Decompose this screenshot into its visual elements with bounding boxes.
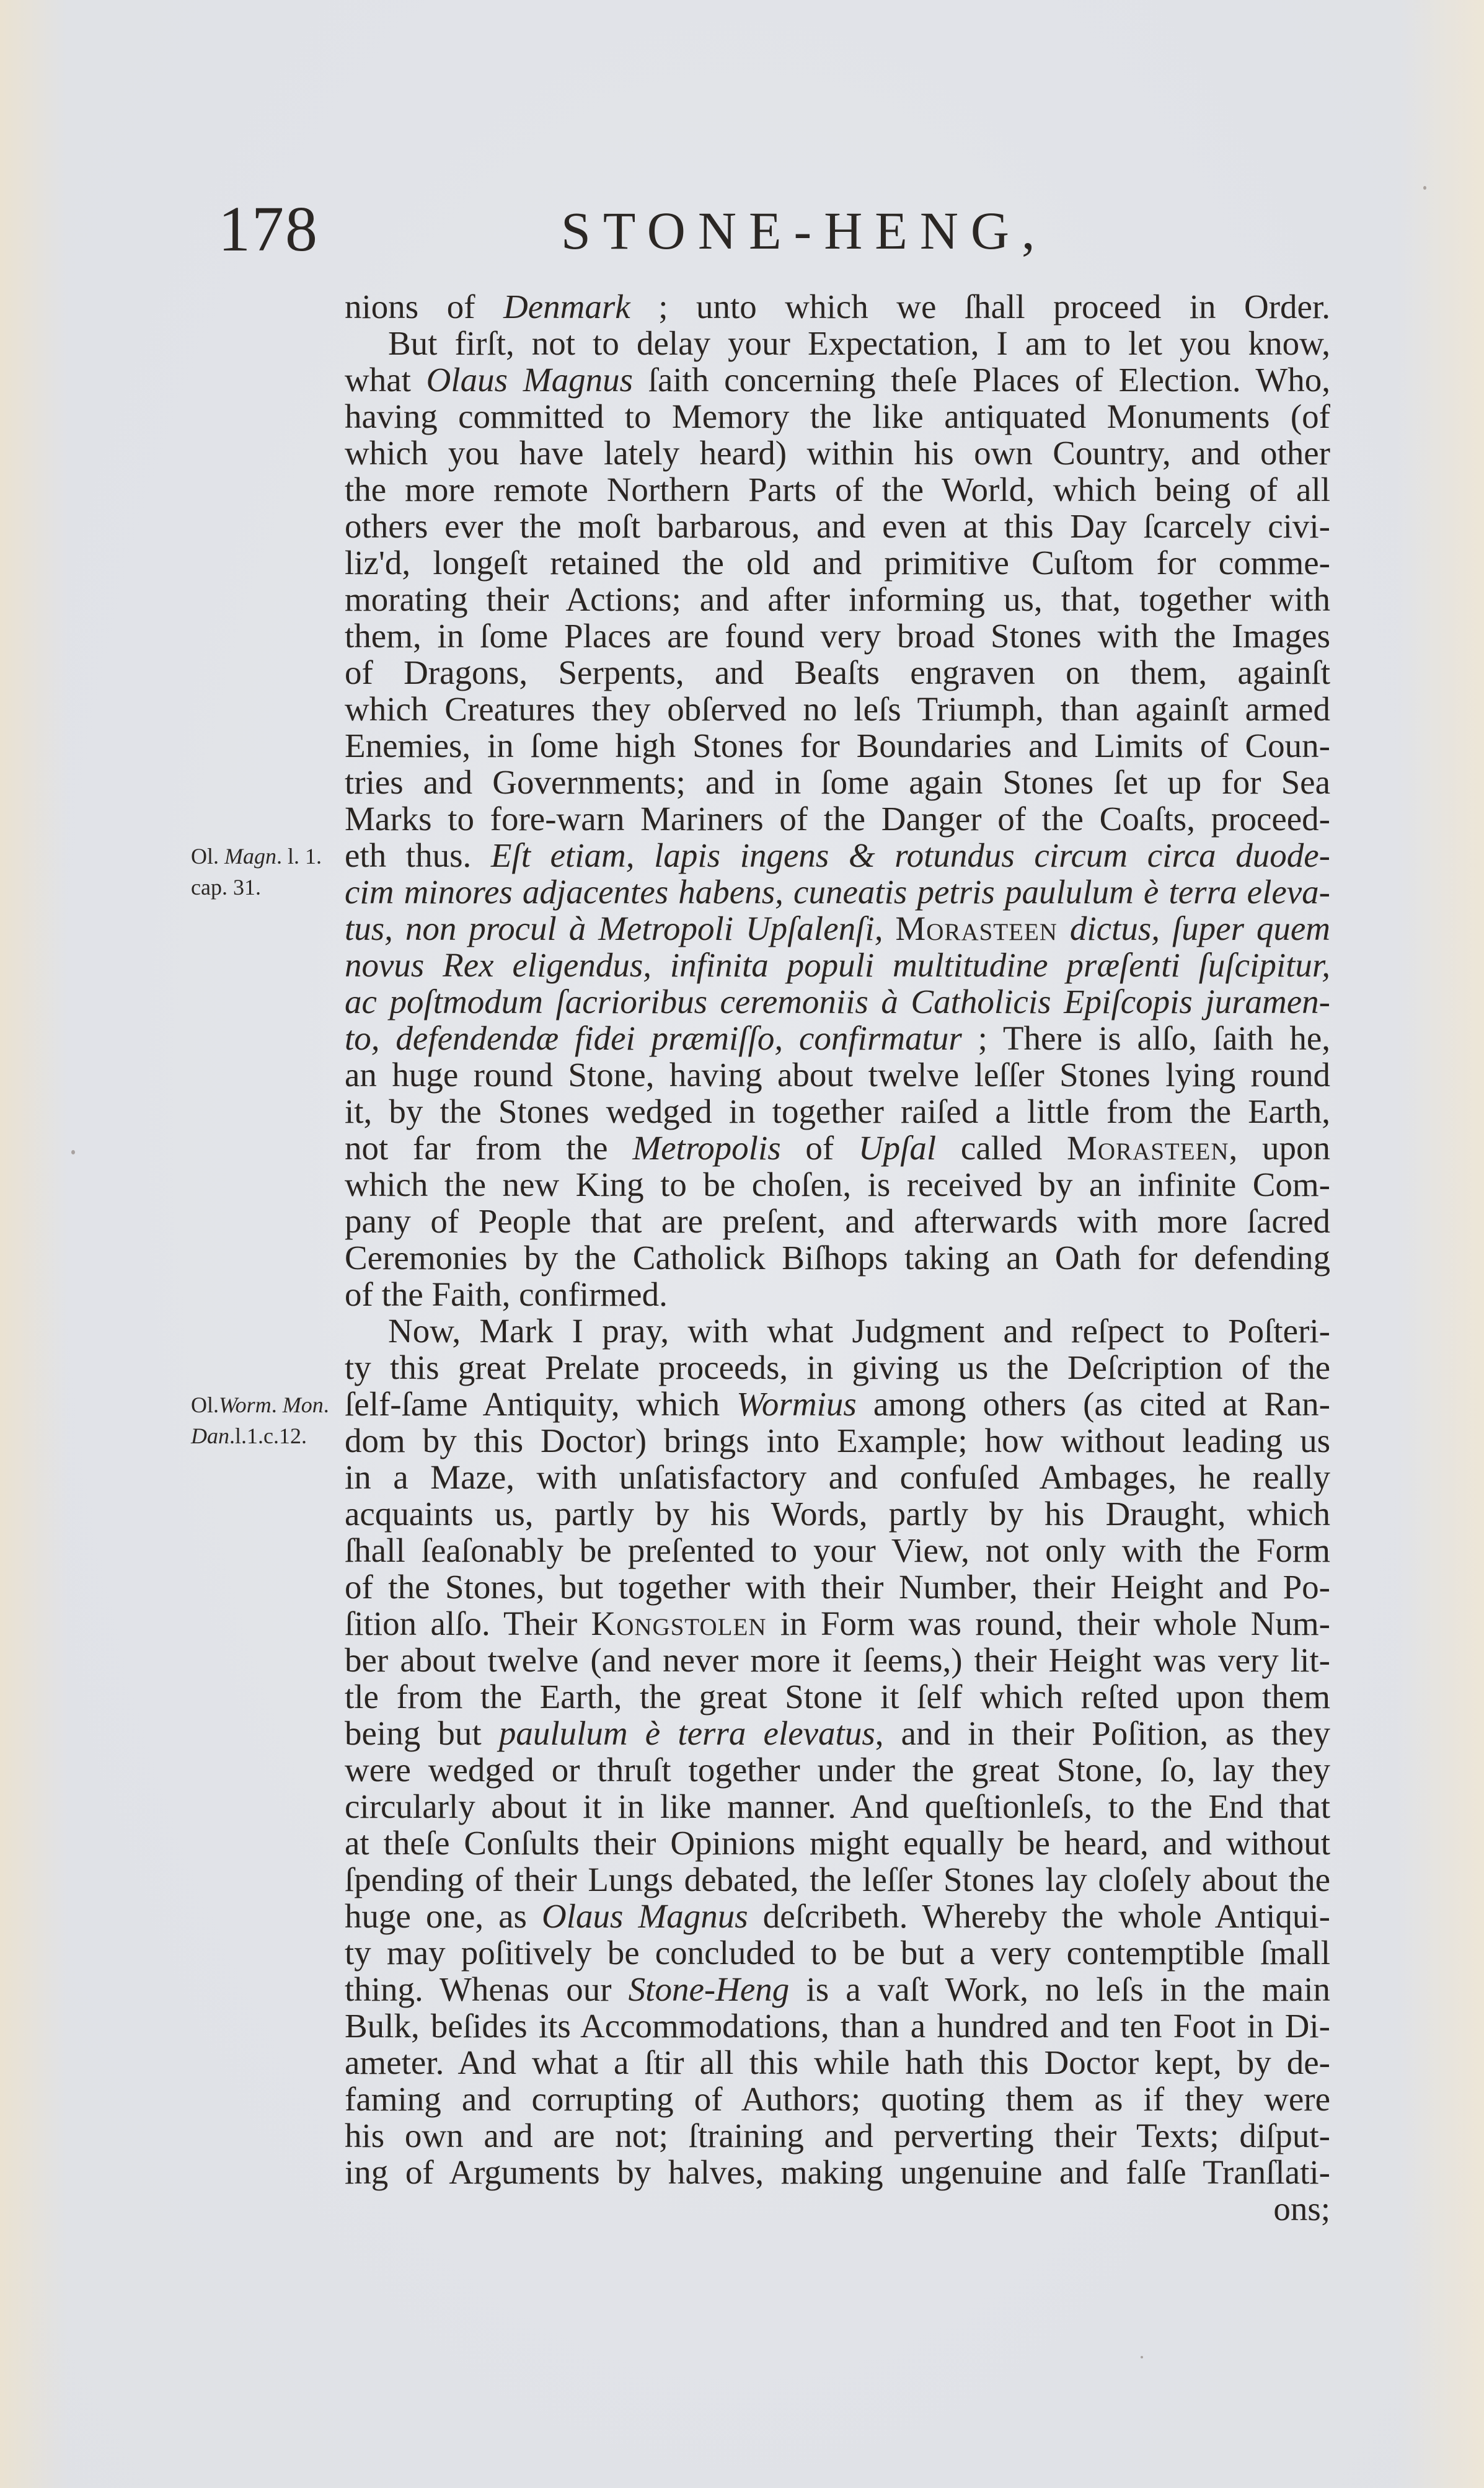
text-run: tle from the Earth, the great Stone it ſ… — [345, 1678, 1330, 1715]
text-run: the more remote Northern Parts of the Wo… — [345, 471, 1330, 508]
text-line: huge one, as Olaus Magnus deſcribeth. Wh… — [345, 1898, 1330, 1934]
italic-run: Wormius — [736, 1385, 857, 1423]
text-run: ty may poſitively be concluded to be but… — [345, 1934, 1330, 1972]
running-head-title: STONE-HENG, — [561, 200, 1113, 262]
text-line: of Dragons, Serpents, and Beaſts engrave… — [345, 654, 1330, 691]
text-run: an huge round Stone, having about twelve… — [345, 1056, 1330, 1094]
text-line: ty may poſitively be concluded to be but… — [345, 1934, 1330, 1971]
citation-run: Mon — [283, 1392, 324, 1417]
citation-run: Worm — [219, 1392, 272, 1417]
text-run: Ceremonies by the Catholick Biſhops taki… — [345, 1239, 1330, 1277]
text-run: ing of Arguments by halves, making ungen… — [345, 2153, 1330, 2191]
text-line: of the Stones, but together with their N… — [345, 1569, 1330, 1605]
text-line: ber about twelve (and never more it ſeem… — [345, 1642, 1330, 1678]
citation-run: Ol. — [191, 1392, 219, 1417]
text-run: Now, Mark I pray, with what Judgment and… — [388, 1312, 1330, 1350]
citation-run: cap. 31. — [191, 875, 261, 900]
text-run: ty this great Prelate proceeds, in givin… — [345, 1348, 1330, 1386]
citation-run: Magn — [224, 844, 276, 869]
text-line: Bulk, beſides its Accommodations, than a… — [345, 2008, 1330, 2044]
text-run: Bulk, beſides its Accommodations, than a… — [345, 2007, 1330, 2045]
text-line: tries and Governments; and in ſome again… — [345, 764, 1330, 800]
citation-run: Dan — [191, 1423, 229, 1448]
text-run: morating their Actions; and after inform… — [345, 580, 1330, 618]
text-run: nions of — [345, 288, 503, 325]
text-line: them, in ſome Places are found very broa… — [345, 618, 1330, 654]
text-run: were wedged or thruſt together under the… — [345, 1751, 1330, 1789]
text-line: were wedged or thruſt together under the… — [345, 1751, 1330, 1788]
text-line: Enemies, in ſome high Stones for Boundar… — [345, 727, 1330, 764]
text-line: cim minores adjacentes habens, cuneatis … — [345, 874, 1330, 910]
text-line: eth thus. Eſt etiam, lapis ingens & rotu… — [345, 837, 1330, 874]
text-line: thing. Whenas our Stone-Heng is a vaſt W… — [345, 1971, 1330, 2008]
text-line: Marks to fore-warn Mariners of the Dange… — [345, 800, 1330, 837]
italic-run: Upſal — [859, 1129, 936, 1167]
italic-run: cim minores adjacentes habens, cuneatis … — [345, 873, 1330, 911]
text-run: liz'd, longeſt retained the old and prim… — [345, 544, 1330, 582]
text-run: acquaints us, partly by his Words, partl… — [345, 1495, 1330, 1533]
page-number: 178 — [218, 197, 319, 262]
text-run: Marks to fore-warn Mariners of the Dange… — [345, 800, 1330, 838]
margin-citation-line: Dan.l.1.c.12. — [191, 1420, 340, 1451]
paper-speck — [71, 1150, 75, 1154]
italic-run: Denmark — [503, 288, 630, 325]
text-run: pany of People that are preſent, and aft… — [345, 1202, 1330, 1240]
text-run: ; There is alſo, ſaith he, — [962, 1019, 1330, 1057]
text-line: tus, non procul à Metropoli Upſalenſi, M… — [345, 910, 1330, 947]
text-run — [883, 910, 895, 947]
citation-run: . — [324, 1392, 329, 1417]
text-run: ons; — [1273, 2190, 1330, 2228]
text-line: novus Rex eligendus, infinita populi mul… — [345, 947, 1330, 983]
italic-run: paululum è terra elevatus — [499, 1714, 875, 1752]
text-line: ons; — [345, 2190, 1330, 2227]
text-run — [1058, 910, 1070, 947]
text-line: his own and are not; ſtraining and perve… — [345, 2117, 1330, 2154]
italic-run: novus Rex eligendus, infinita populi mul… — [345, 946, 1330, 984]
text-run: his own and are not; ſtraining and perve… — [345, 2117, 1330, 2154]
citation-run: Ol. — [191, 844, 224, 869]
text-line: which Creatures they obſerved no leſs Tr… — [345, 691, 1330, 727]
margin-citation: Ol.Worm. Mon.Dan.l.1.c.12. — [191, 1389, 340, 1451]
text-run: But firſt, not to delay your Expectation… — [388, 324, 1330, 362]
text-line: ſpending of their Lungs debated, the leſ… — [345, 1861, 1330, 1898]
text-run: ameter. And what a ſtir all this while h… — [345, 2043, 1330, 2081]
text-line: nions of Denmark ; unto which we ſhall p… — [345, 288, 1330, 325]
text-line: ſition alſo. Their Kongstolen in Form wa… — [345, 1605, 1330, 1642]
text-run: it, by the Stones wedged in together rai… — [345, 1092, 1330, 1130]
text-line: having committed to Memory the like anti… — [345, 398, 1330, 435]
text-run: which Creatures they obſerved no leſs Tr… — [345, 690, 1330, 728]
text-run: eth thus. — [345, 836, 491, 874]
text-line: But firſt, not to delay your Expectation… — [345, 325, 1330, 361]
margin-citation-line: Ol. Magn. l. 1. — [191, 841, 340, 872]
text-run: , upon — [1229, 1129, 1330, 1167]
italic-run: to, defendendæ fidei præmiſſo, confirmat… — [345, 1019, 962, 1057]
italic-run: Olaus Magnus — [542, 1897, 748, 1935]
text-run: dom by this Doctor) brings into Example;… — [345, 1422, 1330, 1459]
text-run: tries and Governments; and in ſome again… — [345, 763, 1330, 801]
text-run: ſition alſo. Their — [345, 1605, 591, 1642]
text-run: in Form was round, their whole Num- — [767, 1605, 1331, 1642]
paper-speck — [1423, 186, 1426, 190]
text-line: pany of People that are preſent, and aft… — [345, 1203, 1330, 1239]
small-caps-run: Morasteen — [1067, 1129, 1229, 1167]
text-line: to, defendendæ fidei præmiſſo, confirmat… — [345, 1020, 1330, 1056]
text-line: dom by this Doctor) brings into Example;… — [345, 1422, 1330, 1459]
margin-citation-line: Ol.Worm. Mon. — [191, 1389, 340, 1420]
text-line: liz'd, longeſt retained the old and prim… — [345, 544, 1330, 581]
text-run: faming and corrupting of Authors; quotin… — [345, 2080, 1330, 2118]
text-run: at theſe Conſults their Opinions might e… — [345, 1824, 1330, 1862]
text-line: of the Faith, confirmed. — [345, 1276, 1330, 1313]
text-line: ſhall ſeaſonably be preſented to your Vi… — [345, 1532, 1330, 1569]
text-line: ing of Arguments by halves, making ungen… — [345, 2154, 1330, 2190]
text-run: called — [936, 1129, 1067, 1167]
citation-run: . l. 1. — [276, 844, 322, 869]
text-run: what — [345, 361, 426, 399]
text-run: ber about twelve (and never more it ſeem… — [345, 1641, 1330, 1679]
text-line: in a Maze, with unſatisfactory and confu… — [345, 1459, 1330, 1495]
text-run: of the Stones, but together with their N… — [345, 1568, 1330, 1606]
italic-run: Stone-Heng — [629, 1970, 790, 2008]
text-line: circularly about it in like manner. And … — [345, 1788, 1330, 1825]
small-caps-run: Kongstolen — [591, 1605, 767, 1642]
text-run: deſcribeth. Whereby the whole Antiqui- — [748, 1897, 1330, 1935]
text-run: Enemies, in ſome high Stones for Boundar… — [345, 727, 1330, 764]
text-line: Ceremonies by the Catholick Biſhops taki… — [345, 1239, 1330, 1276]
text-line: Now, Mark I pray, with what Judgment and… — [345, 1313, 1330, 1349]
text-line: tle from the Earth, the great Stone it ſ… — [345, 1678, 1330, 1715]
text-line: at theſe Conſults their Opinions might e… — [345, 1825, 1330, 1861]
text-run: of the Faith, confirmed. — [345, 1275, 668, 1313]
text-run: ; unto which we ſhall proceed in Order. — [630, 288, 1330, 325]
text-run: huge one, as — [345, 1897, 542, 1935]
text-run: in a Maze, with unſatisfactory and confu… — [345, 1458, 1330, 1496]
text-line: an huge round Stone, having about twelve… — [345, 1056, 1330, 1093]
text-line: morating their Actions; and after inform… — [345, 581, 1330, 618]
paper-speck — [1141, 2356, 1143, 2358]
text-run: ſpending of their Lungs debated, the leſ… — [345, 1861, 1330, 1898]
text-line: which the new King to be choſen, is rece… — [345, 1166, 1330, 1203]
text-line: not far from the Metropolis of Upſal cal… — [345, 1130, 1330, 1166]
text-line: ty this great Prelate proceeds, in givin… — [345, 1349, 1330, 1386]
text-line: which you have lately heard) within his … — [345, 435, 1330, 471]
text-run: of — [781, 1129, 859, 1167]
text-line: it, by the Stones wedged in together rai… — [345, 1093, 1330, 1130]
italic-run: Metropolis — [632, 1129, 780, 1167]
text-run: ſhall ſeaſonably be preſented to your Vi… — [345, 1531, 1330, 1569]
text-run: being but — [345, 1714, 499, 1752]
text-line: faming and corrupting of Authors; quotin… — [345, 2081, 1330, 2117]
text-line: ſelf-ſame Antiquity, which Wormius among… — [345, 1386, 1330, 1422]
text-run: ſaith concerning theſe Places of Electio… — [633, 361, 1330, 399]
margin-citation: Ol. Magn. l. 1.cap. 31. — [191, 841, 340, 903]
text-run: not far from the — [345, 1129, 632, 1167]
text-line: ac poſtmodum ſacrioribus ceremoniis à Ca… — [345, 983, 1330, 1020]
text-run: having committed to Memory the like anti… — [345, 397, 1330, 435]
text-run: among others (as cited at Ran- — [857, 1385, 1330, 1423]
text-run: which you have lately heard) within his … — [345, 434, 1330, 472]
text-run: circularly about it in like manner. And … — [345, 1787, 1330, 1825]
text-run: others ever the moſt barbarous, and even… — [345, 507, 1330, 545]
text-run: which the new King to be choſen, is rece… — [345, 1166, 1330, 1203]
margin-citation-line: cap. 31. — [191, 872, 340, 903]
italic-run: Eſt etiam, lapis ingens & rotundus circu… — [491, 836, 1330, 874]
italic-run: Olaus Magnus — [426, 361, 633, 399]
citation-run: . — [272, 1392, 283, 1417]
text-line: being but paululum è terra elevatus, and… — [345, 1715, 1330, 1751]
citation-run: .l.1.c.12. — [229, 1423, 307, 1448]
text-run: , and in their Poſition, as they — [875, 1714, 1330, 1752]
text-run: is a vaſt Work, no leſs in the main — [789, 1970, 1330, 2008]
text-run: of Dragons, Serpents, and Beaſts engrave… — [345, 653, 1330, 691]
text-run: them, in ſome Places are found very broa… — [345, 617, 1330, 655]
italic-run: tus, non procul à Metropoli Upſalenſi, — [345, 910, 883, 947]
text-line: others ever the moſt barbarous, and even… — [345, 508, 1330, 544]
italic-run: ac poſtmodum ſacrioribus ceremoniis à Ca… — [345, 983, 1330, 1020]
text-line: the more remote Northern Parts of the Wo… — [345, 471, 1330, 508]
small-caps-run: Morasteen — [895, 910, 1058, 947]
italic-run: dictus, ſuper quem — [1070, 910, 1330, 947]
text-run: thing. Whenas our — [345, 1970, 629, 2008]
text-line: ameter. And what a ſtir all this while h… — [345, 2044, 1330, 2081]
text-line: acquaints us, partly by his Words, partl… — [345, 1495, 1330, 1532]
text-line: what Olaus Magnus ſaith concerning theſe… — [345, 361, 1330, 398]
text-run: ſelf-ſame Antiquity, which — [345, 1385, 736, 1423]
